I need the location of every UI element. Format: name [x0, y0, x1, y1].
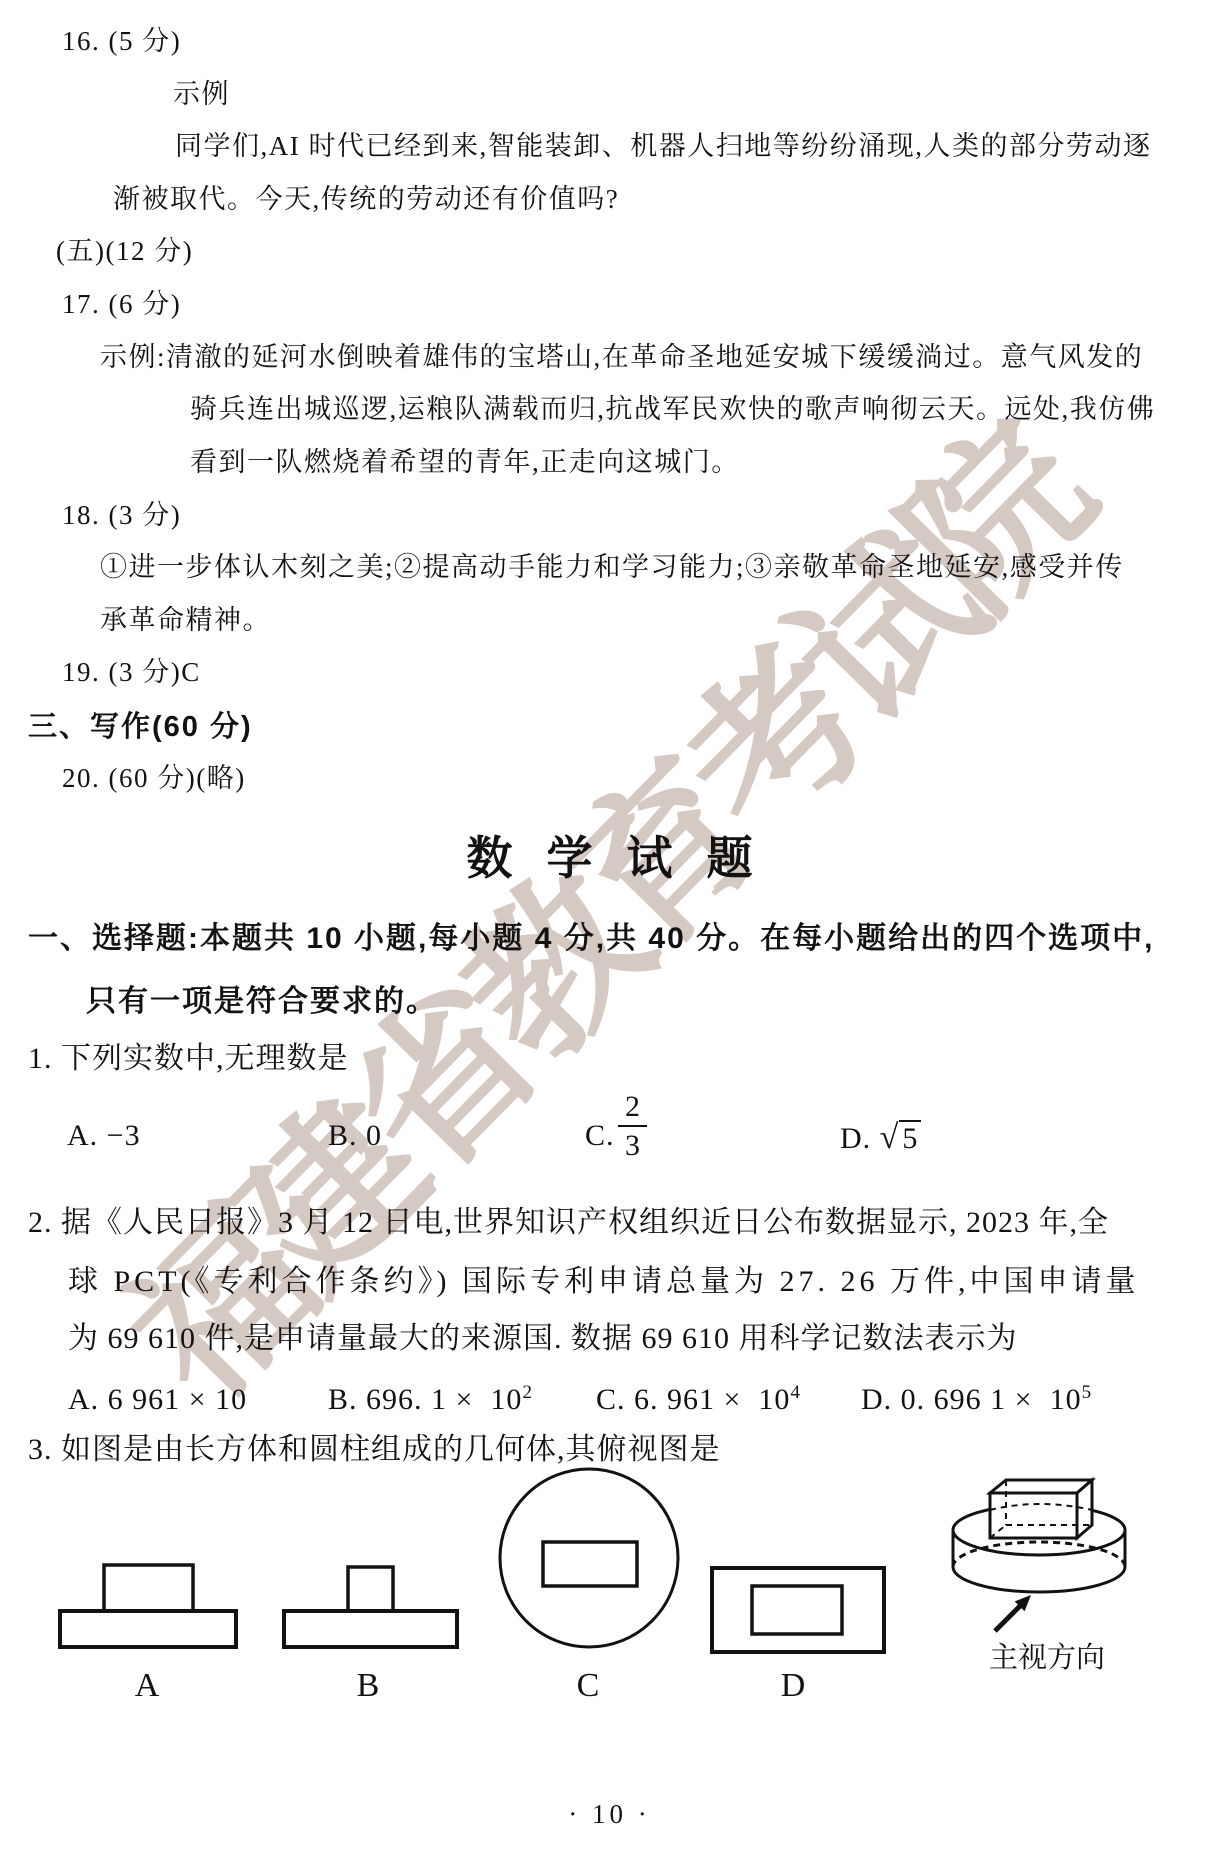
figure-c-inner-rect	[543, 1542, 637, 1586]
answer-16-line2: 渐被取代。今天,传统的劳动还有价值吗?	[113, 183, 619, 217]
math-test-title: 数学试题	[0, 830, 1219, 888]
q1-option-b: B. 0	[328, 1117, 382, 1155]
page-number: · 10 ·	[0, 1798, 1219, 1832]
cylinder-bottom-front-arc	[953, 1567, 1125, 1592]
cuboid-front-face	[990, 1493, 1077, 1538]
answer-19: 19. (3 分)C	[62, 656, 201, 690]
question2-stem-line3: 为 69 610 件,是申请量最大的来源国. 数据 69 610 用科学记数法表…	[68, 1320, 1018, 1358]
q2-option-d: D. 0. 696 1 × 105	[861, 1381, 1091, 1419]
q2-option-c: C. 6. 961 × 104	[596, 1381, 800, 1419]
q2-option-a: A. 6 961 × 10	[68, 1381, 247, 1419]
fraction-denominator: 3	[618, 1125, 647, 1164]
q1-option-c-fraction: 2 3	[618, 1090, 647, 1163]
fraction-numerator: 2	[618, 1090, 647, 1125]
figure-d-inner-rect	[752, 1586, 842, 1634]
answer-20: 20. (60 分)(略)	[62, 762, 246, 796]
q2-option-b: B. 696. 1 × 102	[328, 1381, 532, 1419]
view-direction-label: 主视方向	[989, 1641, 1105, 1674]
q1-option-a: A. −3	[67, 1117, 141, 1155]
answer-section5-header: (五)(12 分)	[56, 235, 193, 269]
question3-figure: A B C D 主视方向	[0, 1455, 1219, 1710]
q1-option-d: D. √5	[840, 1117, 921, 1160]
answer-18-line2: 承革命精神。	[100, 604, 271, 638]
q2-option-c-exponent: 4	[790, 1382, 800, 1403]
radical-sign: √	[880, 1119, 900, 1156]
choice-instructions-line2: 只有一项是符合要求的。	[86, 983, 438, 1021]
answer-17-line1: 示例:清澈的延河水倒映着雄伟的宝塔山,在革命圣地延安城下缓缓淌过。意气风发的	[100, 341, 1143, 375]
q1-option-c-label: C.	[585, 1117, 615, 1155]
question2-stem-line1: 2. 据《人民日报》3 月 12 日电,世界知识产权组织近日公布数据显示, 20…	[28, 1204, 1109, 1242]
q1-option-d-radicand: 5	[899, 1120, 921, 1155]
figure-b-base-rect	[284, 1611, 457, 1647]
figure-label-b: B	[357, 1667, 380, 1704]
answer-18-header: 18. (3 分)	[62, 499, 181, 533]
figure-label-c: C	[577, 1667, 600, 1704]
figure-option-b	[284, 1567, 457, 1647]
question2-stem-line2: 球 PCT(《专利合作条约》) 国际专利申请总量为 27. 26 万件,中国申请…	[68, 1263, 1140, 1301]
choice-instructions-line1: 一、选择题:本题共 10 小题,每小题 4 分,共 40 分。在每小题给出的四个…	[28, 920, 1154, 958]
view-direction-arrow-icon	[995, 1595, 1031, 1631]
answer-17-line2: 骑兵连出城巡逻,运粮队满载而归,抗战军民欢快的歌声响彻云天。远处,我仿佛	[190, 393, 1155, 427]
figure-3d-solid	[953, 1480, 1125, 1592]
figure-a-top-rect	[104, 1565, 193, 1611]
figure-b-top-rect	[348, 1567, 393, 1611]
figure-a-base-rect	[60, 1611, 236, 1647]
figure-label-d: D	[781, 1667, 806, 1704]
answer-17-line3: 看到一队燃烧着希望的青年,正走向这城门。	[190, 446, 740, 480]
figure-option-d	[712, 1568, 884, 1652]
answer-16-line1: 同学们,AI 时代已经到来,智能装卸、机器人扫地等纷纷涌现,人类的部分劳动逐	[175, 130, 1152, 164]
figure-option-a	[60, 1565, 236, 1647]
exam-page: 福建省教育考试院 16. (5 分) 示例 同学们,AI 时代已经到来,智能装卸…	[0, 0, 1219, 1859]
answer-16-example-label: 示例	[173, 78, 230, 112]
q2-option-d-exponent: 5	[1082, 1382, 1092, 1403]
answer-16-header: 16. (5 分)	[62, 25, 181, 59]
answer-17-header: 17. (6 分)	[62, 288, 181, 322]
question1-stem: 1. 下列实数中,无理数是	[28, 1040, 349, 1078]
figure-label-a: A	[135, 1667, 160, 1704]
q1-option-d-label: D.	[840, 1122, 880, 1155]
answer-section3-header: 三、写作(60 分)	[28, 709, 253, 745]
answer-18-line1: ①进一步体认木刻之美;②提高动手能力和学习能力;③亲敬革命圣地延安,感受并传	[100, 551, 1124, 585]
q2-option-b-exponent: 2	[522, 1382, 532, 1403]
figure-option-c	[500, 1469, 678, 1647]
